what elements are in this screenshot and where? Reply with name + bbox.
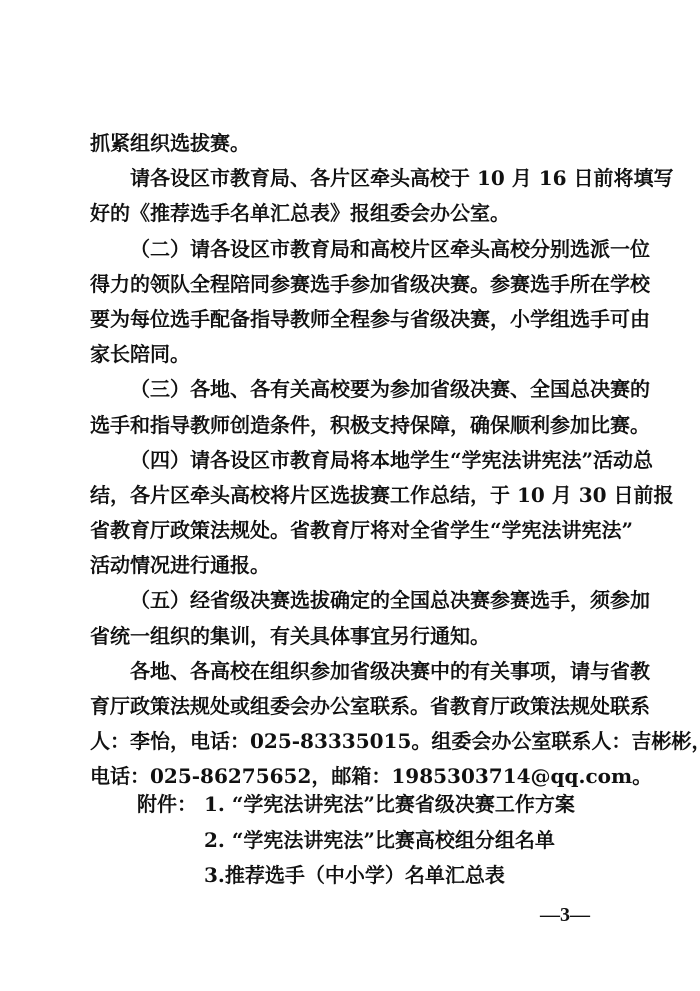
text-line: 人：李怡，电话：025-83335015。组委会办公室联系人：吉彬彬， [90,724,610,759]
attachment-indent [137,823,204,859]
text-line: 抓紧组织选拔赛。 [90,126,610,161]
text-line: （二）请各设区市教育局和高校片区牵头高校分别选派一位 [90,232,610,267]
text-line: 结，各片区牵头高校将片区选拔赛工作总结，于 10 月 30 日前报 [90,478,610,513]
text-line: 省统一组织的集训，有关具体事宜另行通知。 [90,619,610,654]
text-line: 选手和指导教师创造条件，积极支持保障，确保顺利参加比赛。 [90,408,610,443]
text-line: 得力的领队全程陪同参赛选手参加省级决赛。参赛选手所在学校 [90,267,610,302]
text-line: 各地、各高校在组织参加省级决赛中的有关事项，请与省教 [90,654,610,689]
document-body: 抓紧组织选拔赛。 请各设区市教育局、各片区牵头高校于 10 月 16 日前将填写… [90,126,610,795]
attachment-indent [137,858,204,894]
text-line: 育厅政策法规处或组委会办公室联系。省教育厅政策法规处联系 [90,689,610,724]
attachment-item: 2. “学宪法讲宪法”比赛高校组分组名单 [204,823,555,859]
attachment-item: 3.推荐选手（中小学）名单汇总表 [204,858,505,894]
text-line: 省教育厅政策法规处。省教育厅将对全省学生“学宪法讲宪法” [90,513,610,548]
attachment-row: 3.推荐选手（中小学）名单汇总表 [137,858,575,894]
document-page: 抓紧组织选拔赛。 请各设区市教育局、各片区牵头高校于 10 月 16 日前将填写… [0,0,700,991]
text-line: 家长陪同。 [90,337,610,372]
attachment-item: 1. “学宪法讲宪法”比赛省级决赛工作方案 [204,787,575,823]
page-number: —3— [540,904,590,927]
attachments-label: 附件： [137,787,204,823]
text-line: 请各设区市教育局、各片区牵头高校于 10 月 16 日前将填写 [90,161,610,196]
text-line: 活动情况进行通报。 [90,548,610,583]
text-line: （四）请各设区市教育局将本地学生“学宪法讲宪法”活动总 [90,443,610,478]
attachment-row: 附件： 1. “学宪法讲宪法”比赛省级决赛工作方案 [137,787,575,823]
text-line: （三）各地、各有关高校要为参加省级决赛、全国总决赛的 [90,372,610,407]
text-line: 好的《推荐选手名单汇总表》报组委会办公室。 [90,196,610,231]
attachments-list: 附件： 1. “学宪法讲宪法”比赛省级决赛工作方案 2. “学宪法讲宪法”比赛高… [137,787,575,894]
text-line: （五）经省级决赛选拔确定的全国总决赛参赛选手，须参加 [90,583,610,618]
attachment-row: 2. “学宪法讲宪法”比赛高校组分组名单 [137,823,575,859]
text-line: 要为每位选手配备指导教师全程参与省级决赛，小学组选手可由 [90,302,610,337]
